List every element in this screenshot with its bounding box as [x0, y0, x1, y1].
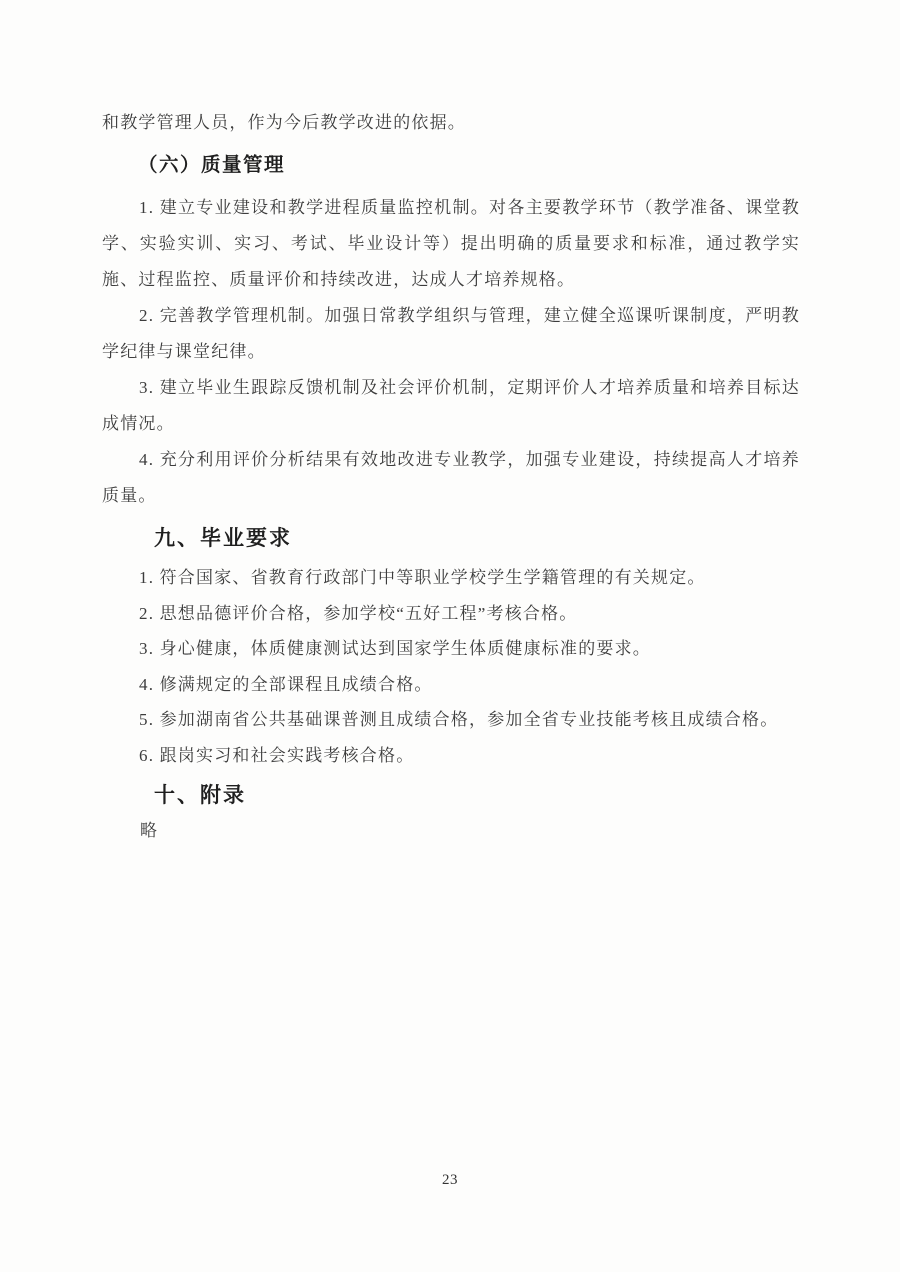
- document-page: 和教学管理人员，作为今后教学改进的依据。 （六）质量管理 1. 建立专业建设和教…: [0, 0, 900, 1272]
- paragraph-continuation: 和教学管理人员，作为今后教学改进的依据。: [102, 104, 800, 142]
- graduation-requirement-6: 6. 跟岗实习和社会实践考核合格。: [102, 738, 800, 774]
- heading-section-9-graduation-requirements: 九、毕业要求: [102, 522, 800, 556]
- appendix-body-text: 略: [102, 813, 800, 849]
- quality-paragraph-4: 4. 充分利用评价分析结果有效地改进专业教学，加强专业建设，持续提高人才培养质量…: [102, 442, 800, 514]
- graduation-requirement-4: 4. 修满规定的全部课程且成绩合格。: [102, 667, 800, 703]
- heading-section-6-quality-management: （六）质量管理: [102, 150, 800, 180]
- graduation-requirement-3: 3. 身心健康，体质健康测试达到国家学生体质健康标准的要求。: [102, 631, 800, 667]
- graduation-requirements-list: 1. 符合国家、省教育行政部门中等职业学校学生学籍管理的有关规定。 2. 思想品…: [102, 560, 800, 773]
- quality-paragraph-2: 2. 完善教学管理机制。加强日常教学组织与管理，建立健全巡课听课制度，严明教学纪…: [102, 298, 800, 370]
- page-number: 23: [0, 1172, 900, 1189]
- graduation-requirement-2: 2. 思想品德评价合格，参加学校“五好工程”考核合格。: [102, 596, 800, 632]
- quality-paragraph-1: 1. 建立专业建设和教学进程质量监控机制。对各主要教学环节（教学准备、课堂教学、…: [102, 190, 800, 298]
- quality-paragraph-3: 3. 建立毕业生跟踪反馈机制及社会评价机制，定期评价人才培养质量和培养目标达成情…: [102, 370, 800, 442]
- graduation-requirement-5: 5. 参加湖南省公共基础课普测且成绩合格，参加全省专业技能考核且成绩合格。: [102, 702, 800, 738]
- graduation-requirement-1: 1. 符合国家、省教育行政部门中等职业学校学生学籍管理的有关规定。: [102, 560, 800, 596]
- heading-section-10-appendix: 十、附录: [102, 779, 800, 813]
